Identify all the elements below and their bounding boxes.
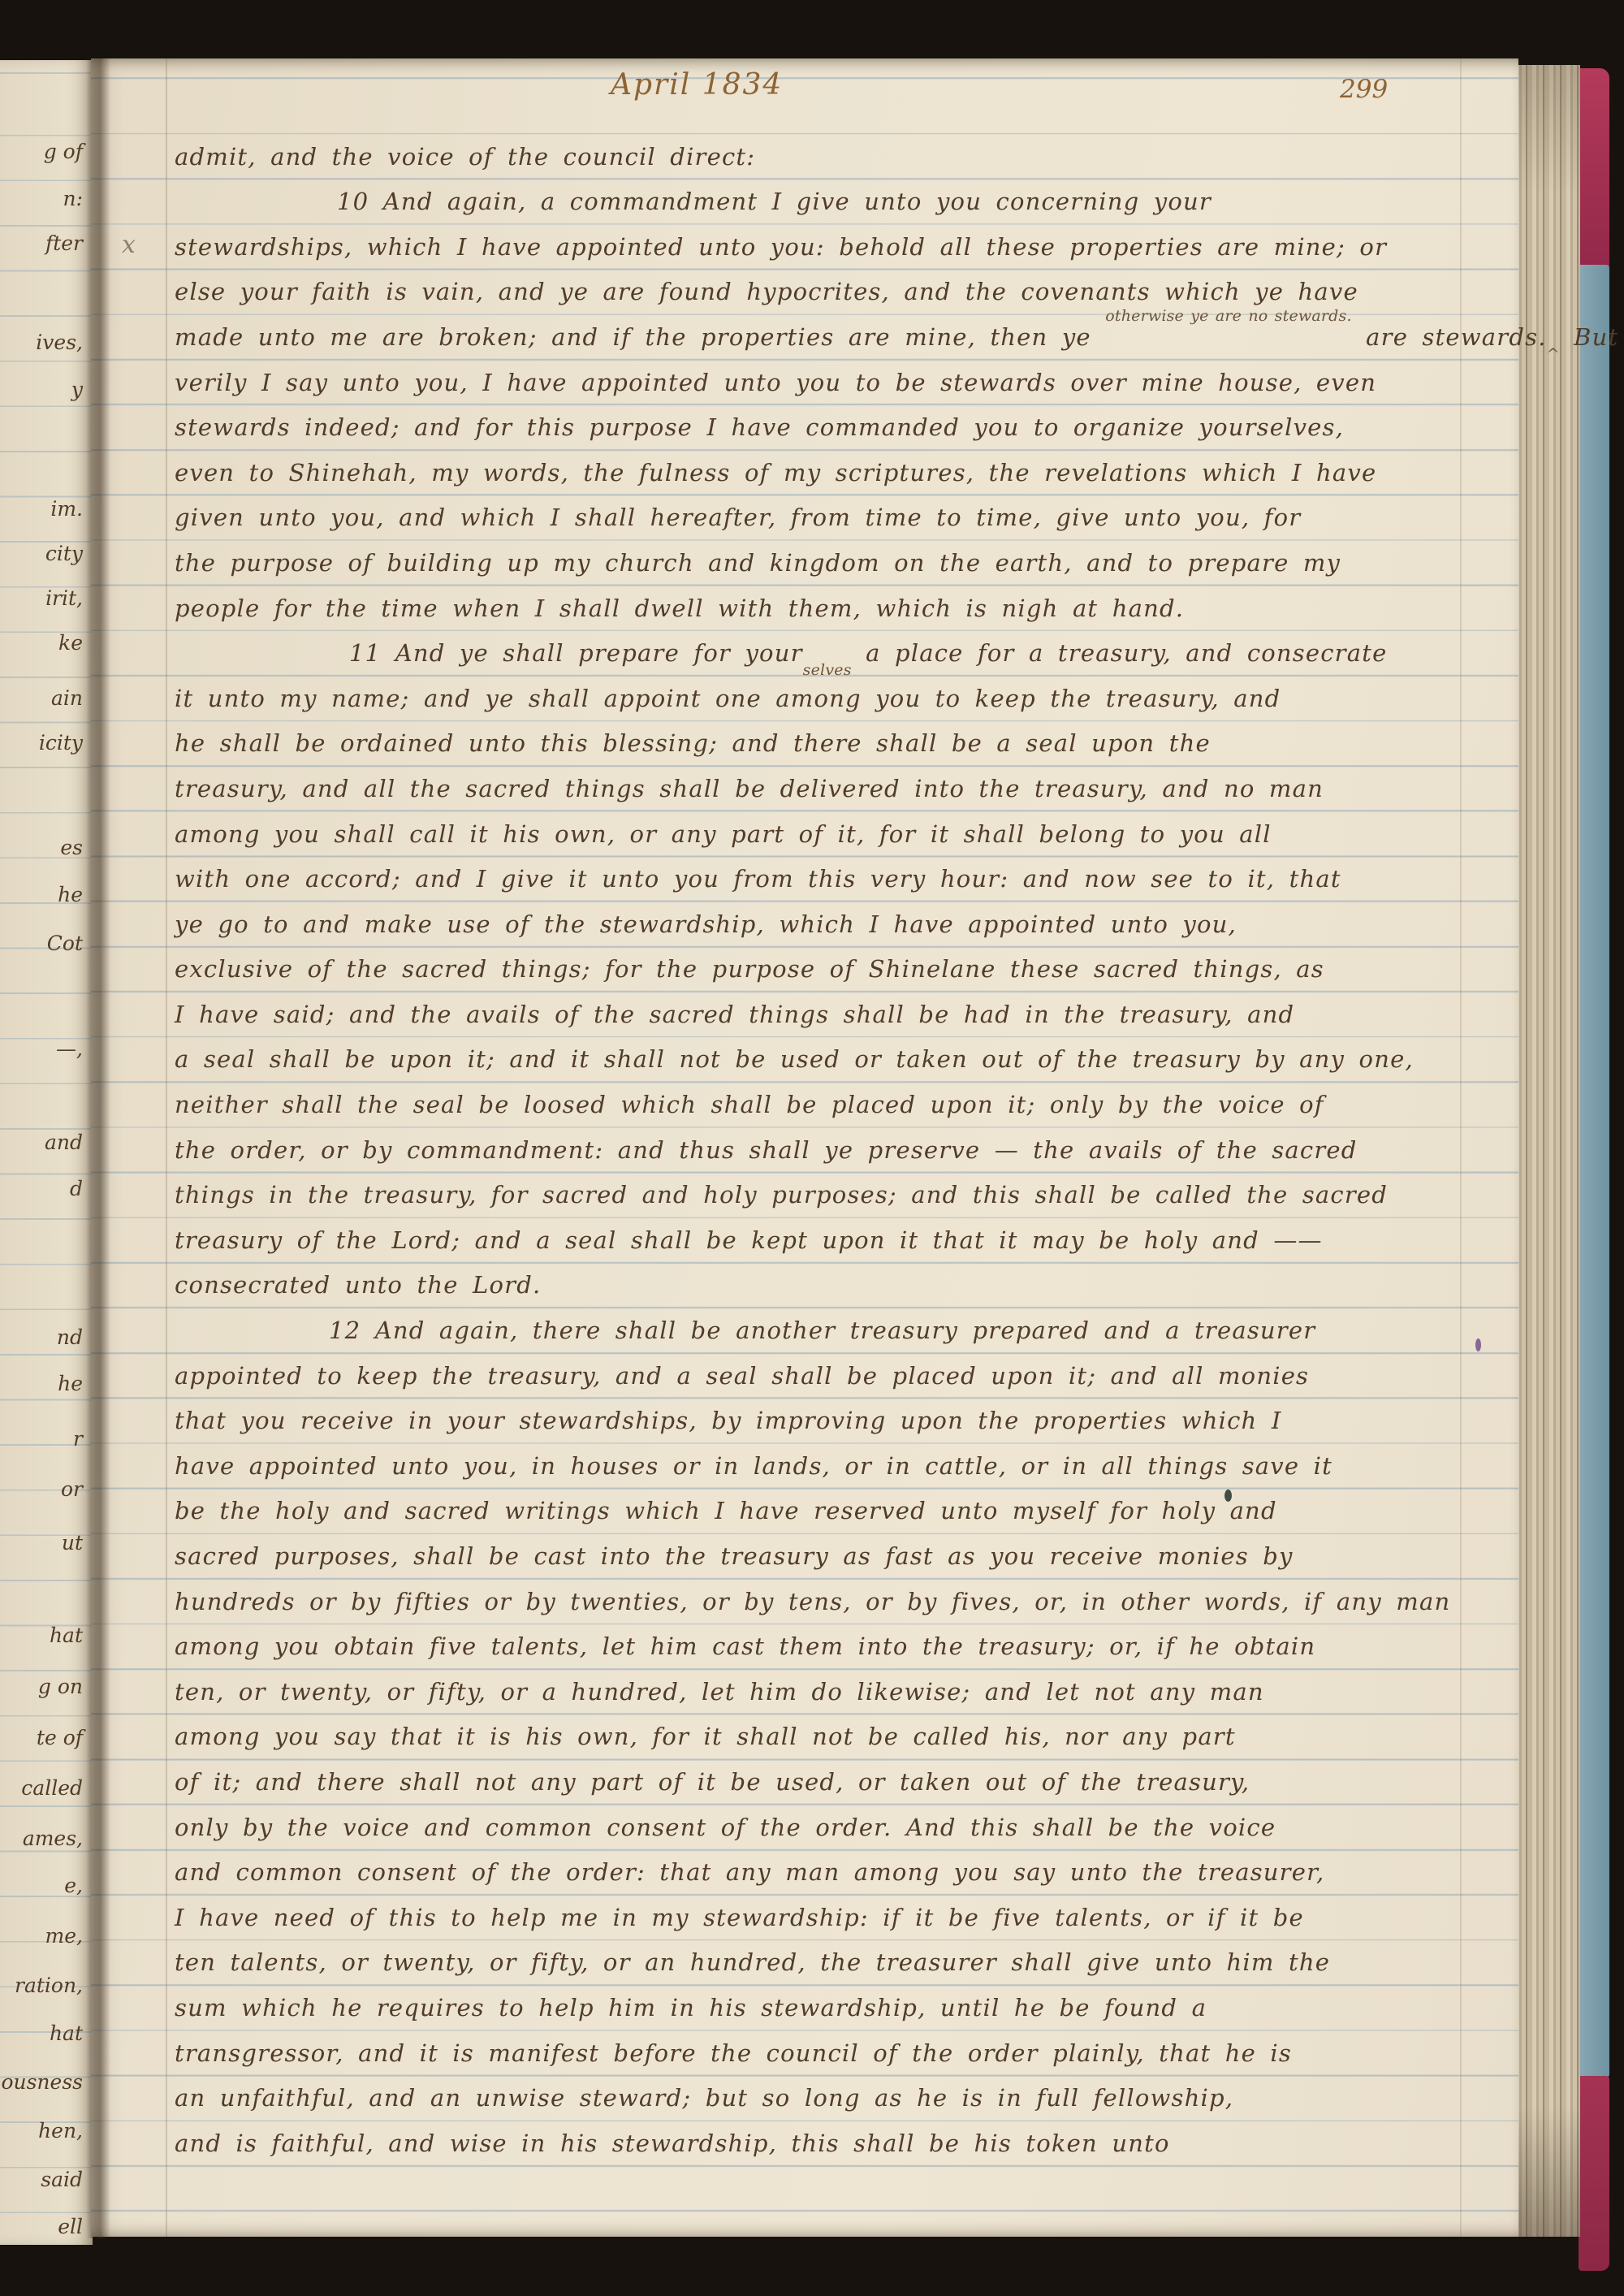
cover-blue: [1577, 265, 1609, 2078]
manuscript-line: given unto you, and which I shall hereaf…: [175, 495, 1474, 541]
manuscript-line: verily I say unto you, I have appointed …: [175, 361, 1474, 406]
facing-page-text-fragment: Cot: [47, 921, 83, 966]
facing-page-text-fragment: ut: [62, 1520, 83, 1566]
manuscript-line: ten talents, or twenty, or fifty, or an …: [175, 1940, 1474, 1986]
facing-page-text-fragment: r: [73, 1416, 83, 1462]
book-photograph: g ofn:fterives,yim.cityirit,keainicityes…: [0, 0, 1624, 2296]
manuscript-line: treasury of the Lord; and a seal shall b…: [175, 1218, 1474, 1264]
manuscript-line: consecrated unto the Lord.: [175, 1263, 1474, 1308]
facing-page-text-fragment: —,: [56, 1027, 83, 1072]
manuscript-line: made unto me are broken; and if the prop…: [175, 315, 1474, 361]
page-header-date: April 1834: [611, 68, 783, 102]
manuscript-line: with one accord; and I give it unto you …: [175, 857, 1474, 902]
facing-page-text-fragment: nd: [57, 1315, 83, 1360]
manuscript-line: sacred purposes, shall be cast into the …: [175, 1534, 1474, 1580]
manuscript-line: appointed to keep the treasury, and a se…: [175, 1354, 1474, 1399]
manuscript-line: people for the time when I shall dwell w…: [175, 586, 1474, 632]
facing-page-text-fragment: he: [58, 872, 83, 918]
manuscript-line: have appointed unto you, in houses or in…: [175, 1444, 1474, 1490]
manuscript-line: the purpose of building up my church and…: [175, 541, 1474, 586]
manuscript-line: even to Shinehah, my words, the fulness …: [175, 451, 1474, 496]
manuscript-line: a seal shall be upon it; and it shall no…: [175, 1037, 1474, 1083]
facing-page-text-fragment: ain: [51, 676, 83, 721]
facing-page-text-fragment: g of: [44, 129, 83, 175]
facing-page-text-fragment: fter: [45, 221, 83, 266]
manuscript-line: be the holy and sacred writings which I …: [175, 1489, 1474, 1534]
manuscript-line: things in the treasury, for sacred and h…: [175, 1173, 1474, 1218]
manuscript-line: it unto my name; and ye shall appoint on…: [175, 677, 1474, 722]
facing-page-text-fragment: icity: [39, 720, 83, 766]
facing-page-text-fragment: es: [60, 825, 83, 871]
facing-page-text-fragment: city: [45, 531, 83, 577]
manuscript-line: only by the voice and common consent of …: [175, 1805, 1474, 1851]
manuscript-line: stewardships, which I have appointed unt…: [175, 225, 1474, 270]
manuscript-line: that you receive in your stewardships, b…: [175, 1399, 1474, 1444]
manuscript-line: the order, or by commandment: and thus s…: [175, 1128, 1474, 1174]
manuscript-line: neither shall the seal be loosed which s…: [175, 1083, 1474, 1128]
facing-page-text-fragment: he: [58, 1361, 83, 1407]
manuscript-line: sum which he requires to help him in his…: [175, 1986, 1474, 2031]
manuscript-line: exclusive of the sacred things; for the …: [175, 947, 1474, 992]
facing-page-text-fragment: ration,: [15, 1963, 83, 2008]
facing-page-text-fragment: y: [71, 367, 83, 413]
cover-red-bottom: [1579, 2076, 1609, 2271]
facing-page-text-fragment: hat: [50, 1613, 83, 1658]
manuscript-line: I have said; and the avails of the sacre…: [175, 992, 1474, 1038]
left-margin-rule: [166, 58, 167, 2237]
manuscript-line: 12 And again, there shall be another tre…: [175, 1308, 1474, 1354]
manuscript-line: among you obtain five talents, let him c…: [175, 1624, 1474, 1670]
facing-page-text-fragment: te of: [37, 1715, 83, 1761]
manuscript-line: admit, and the voice of the council dire…: [175, 135, 1474, 180]
facing-page-text-fragment: and: [45, 1120, 83, 1165]
manuscript-line: ten, or twenty, or fifty, or a hundred, …: [175, 1670, 1474, 1715]
facing-page-text-fragment: ell: [58, 2204, 83, 2250]
manuscript-line: of it; and there shall not any part of i…: [175, 1760, 1474, 1805]
facing-page-text-fragment: irit,: [45, 576, 83, 621]
manuscript-line: 10 And again, a commandment I give unto …: [175, 179, 1474, 225]
facing-page-edge: g ofn:fterives,yim.cityirit,keainicityes…: [0, 60, 93, 2245]
margin-x-mark: x: [122, 231, 136, 259]
manuscript-line: among you shall call it his own, or any …: [175, 812, 1474, 858]
facing-page-text-fragment: ousness: [1, 2060, 83, 2105]
manuscript-page: April 1834 299 x admit, and the voice of…: [91, 58, 1518, 2237]
facing-page-text-fragment: ke: [58, 620, 83, 666]
facing-page-text-fragment: ames,: [23, 1816, 83, 1861]
manuscript-line: treasury, and all the sacred things shal…: [175, 767, 1474, 812]
manuscript-line: I have need of this to help me in my ste…: [175, 1896, 1474, 1941]
facing-page-text-fragment: said: [41, 2157, 83, 2203]
ink-blot-dark: [1224, 1490, 1232, 1502]
manuscript-line: an unfaithful, and an unwise steward; bu…: [175, 2076, 1474, 2121]
manuscript-line: he shall be ordained unto this blessing;…: [175, 721, 1474, 767]
facing-page-text-fragment: hen,: [38, 2108, 83, 2154]
manuscript-line: and common consent of the order: that an…: [175, 1850, 1474, 1896]
facing-page-text-fragment: im.: [50, 486, 83, 532]
facing-page-text-fragment: g on: [38, 1664, 83, 1710]
manuscript-line: among you say that it is his own, for it…: [175, 1714, 1474, 1760]
facing-page-text-fragment: n:: [63, 176, 83, 222]
facing-page-text-fragment: called: [21, 1766, 83, 1811]
facing-page-text-fragment: me,: [45, 1913, 83, 1959]
manuscript-line: transgressor, and it is manifest before …: [175, 2031, 1474, 2077]
page-number: 299: [1340, 75, 1388, 104]
manuscript-line: and is faithful, and wise in his steward…: [175, 2121, 1474, 2167]
gutter-shadow: [86, 58, 110, 2238]
manuscript-line: ye go to and make use of the stewardship…: [175, 902, 1474, 948]
manuscript-lines: admit, and the voice of the council dire…: [175, 135, 1474, 2167]
facing-page-text-fragment: hat: [50, 2011, 83, 2056]
facing-page-text-fragment: e,: [64, 1863, 83, 1909]
manuscript-line: 11 And ye shall prepare for yourselves a…: [175, 631, 1474, 677]
facing-page-text-fragment: ives,: [36, 320, 83, 365]
facing-page-text-fragment: or: [61, 1467, 83, 1512]
page-edges: [1515, 65, 1580, 2237]
facing-page-text-fragment: d: [70, 1166, 83, 1212]
manuscript-line: stewards indeed; and for this purpose I …: [175, 405, 1474, 451]
manuscript-line: hundreds or by fifties or by twenties, o…: [175, 1580, 1474, 1625]
ink-blot-purple: [1475, 1338, 1481, 1351]
